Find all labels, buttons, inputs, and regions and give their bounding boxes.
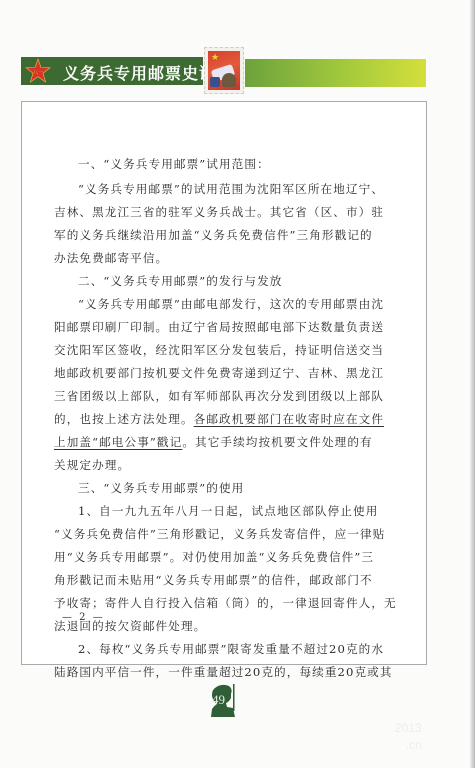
stamp-artwork: ★ bbox=[208, 51, 240, 90]
paragraph-line: 2、每枚“义务兵专用邮票”限寄发重量不超过20克的水 bbox=[78, 640, 384, 658]
paragraph-line: 办法免费邮寄平信。 bbox=[54, 249, 168, 267]
stamp-figure-shape bbox=[210, 77, 220, 87]
paragraph-line: 陆路国内平信一件，一件重量超过20克的，每续重20克或其 bbox=[54, 663, 393, 681]
line-text-suffix: 。其它手续均按机要文件处理的有 bbox=[182, 435, 372, 449]
paragraph-line: “义务兵专用邮票”由邮电部发行，这次的专用邮票由沈 bbox=[78, 295, 384, 313]
underlined-text: 各邮政机要部门在收寄时应在文件 bbox=[194, 412, 384, 426]
paragraph-line: 军的义务兵继续沿用加盖“义务兵免费信件”三角形戳记的 bbox=[54, 226, 373, 244]
stamp-soldier-shape bbox=[222, 73, 236, 87]
red-star-icon: 八一 bbox=[25, 58, 51, 84]
watermark-line-1: 2013 bbox=[395, 720, 422, 737]
paragraph-line: 角形戳记而未贴用“义务兵专用邮票”的信件，邮政部门不 bbox=[54, 571, 373, 589]
paragraph-line: 1、自一九九五年八月一日起，试点地区部队停止使用 bbox=[78, 502, 378, 520]
header-dark-band: 八一 义务兵专用邮票史话 bbox=[21, 57, 203, 85]
page-edge-shadow bbox=[470, 0, 475, 768]
paragraph-line: 关规定办理。 bbox=[54, 456, 130, 474]
inner-page-marker: — 2 — bbox=[62, 612, 105, 623]
paragraph-line-underlined: 上加盖“邮电公事”戳记。其它手续均按机要文件处理的有 bbox=[54, 433, 373, 451]
section-heading-2: 二、“义务兵专用邮票”的发行与发放 bbox=[78, 272, 282, 290]
underlined-text: 上加盖“邮电公事”戳记 bbox=[54, 435, 182, 449]
line-text-prefix: 的，也按上述方法处理。 bbox=[54, 412, 194, 426]
watermark-line-2: .cn bbox=[395, 737, 422, 754]
section-heading-3: 三、“义务兵专用邮票”的使用 bbox=[78, 479, 244, 497]
section-heading-1: 一、“义务兵专用邮票”试用范围： bbox=[78, 155, 270, 173]
paragraph-line: 交沈阳军区签收，经沈阳军区分发包装后，持证明信送交当 bbox=[54, 341, 384, 359]
paragraph-line: 阳邮票印刷厂印制。由辽宁省局按照邮电部下达数量负责送 bbox=[54, 318, 384, 336]
header-gradient-band bbox=[245, 59, 426, 87]
paragraph-line: 予收寄；寄件人自行投入信箱（筒）的，一律退回寄件人，无 bbox=[54, 594, 397, 612]
page-number: 49 bbox=[212, 692, 225, 708]
paragraph-line: “义务兵免费信件”三角形戳记，义务兵发寄信件，应一律贴 bbox=[54, 525, 385, 543]
svg-text:八一: 八一 bbox=[33, 70, 43, 76]
paragraph-line: 用“义务兵专用邮票”。对仍使用加盖“义务兵免费信件”三 bbox=[54, 548, 374, 566]
paragraph-line-underlined: 的，也按上述方法处理。各邮政机要部门在收寄时应在文件 bbox=[54, 410, 384, 428]
paragraph-line: 地邮政机要部门按机要文件免费寄递到辽宁、吉林、黑龙江 bbox=[54, 364, 384, 382]
stamp-image: ★ bbox=[204, 47, 244, 94]
paragraph-line: 三省团级以上部队，如有军师部队再次分发到团级以上部队 bbox=[54, 387, 384, 405]
header-title: 义务兵专用邮票史话 bbox=[63, 61, 216, 84]
paragraph-line: 吉林、黑龙江三省的驻军义务兵战士。其它省（区、市）驻 bbox=[54, 203, 384, 221]
page-number-badge: 49 bbox=[209, 683, 239, 717]
paragraph-line: “义务兵专用邮票”的试用范围为沈阳军区所在地辽宁、 bbox=[78, 180, 384, 198]
stamp-star-icon: ★ bbox=[211, 54, 219, 63]
watermark: 2013 .cn bbox=[395, 720, 422, 754]
